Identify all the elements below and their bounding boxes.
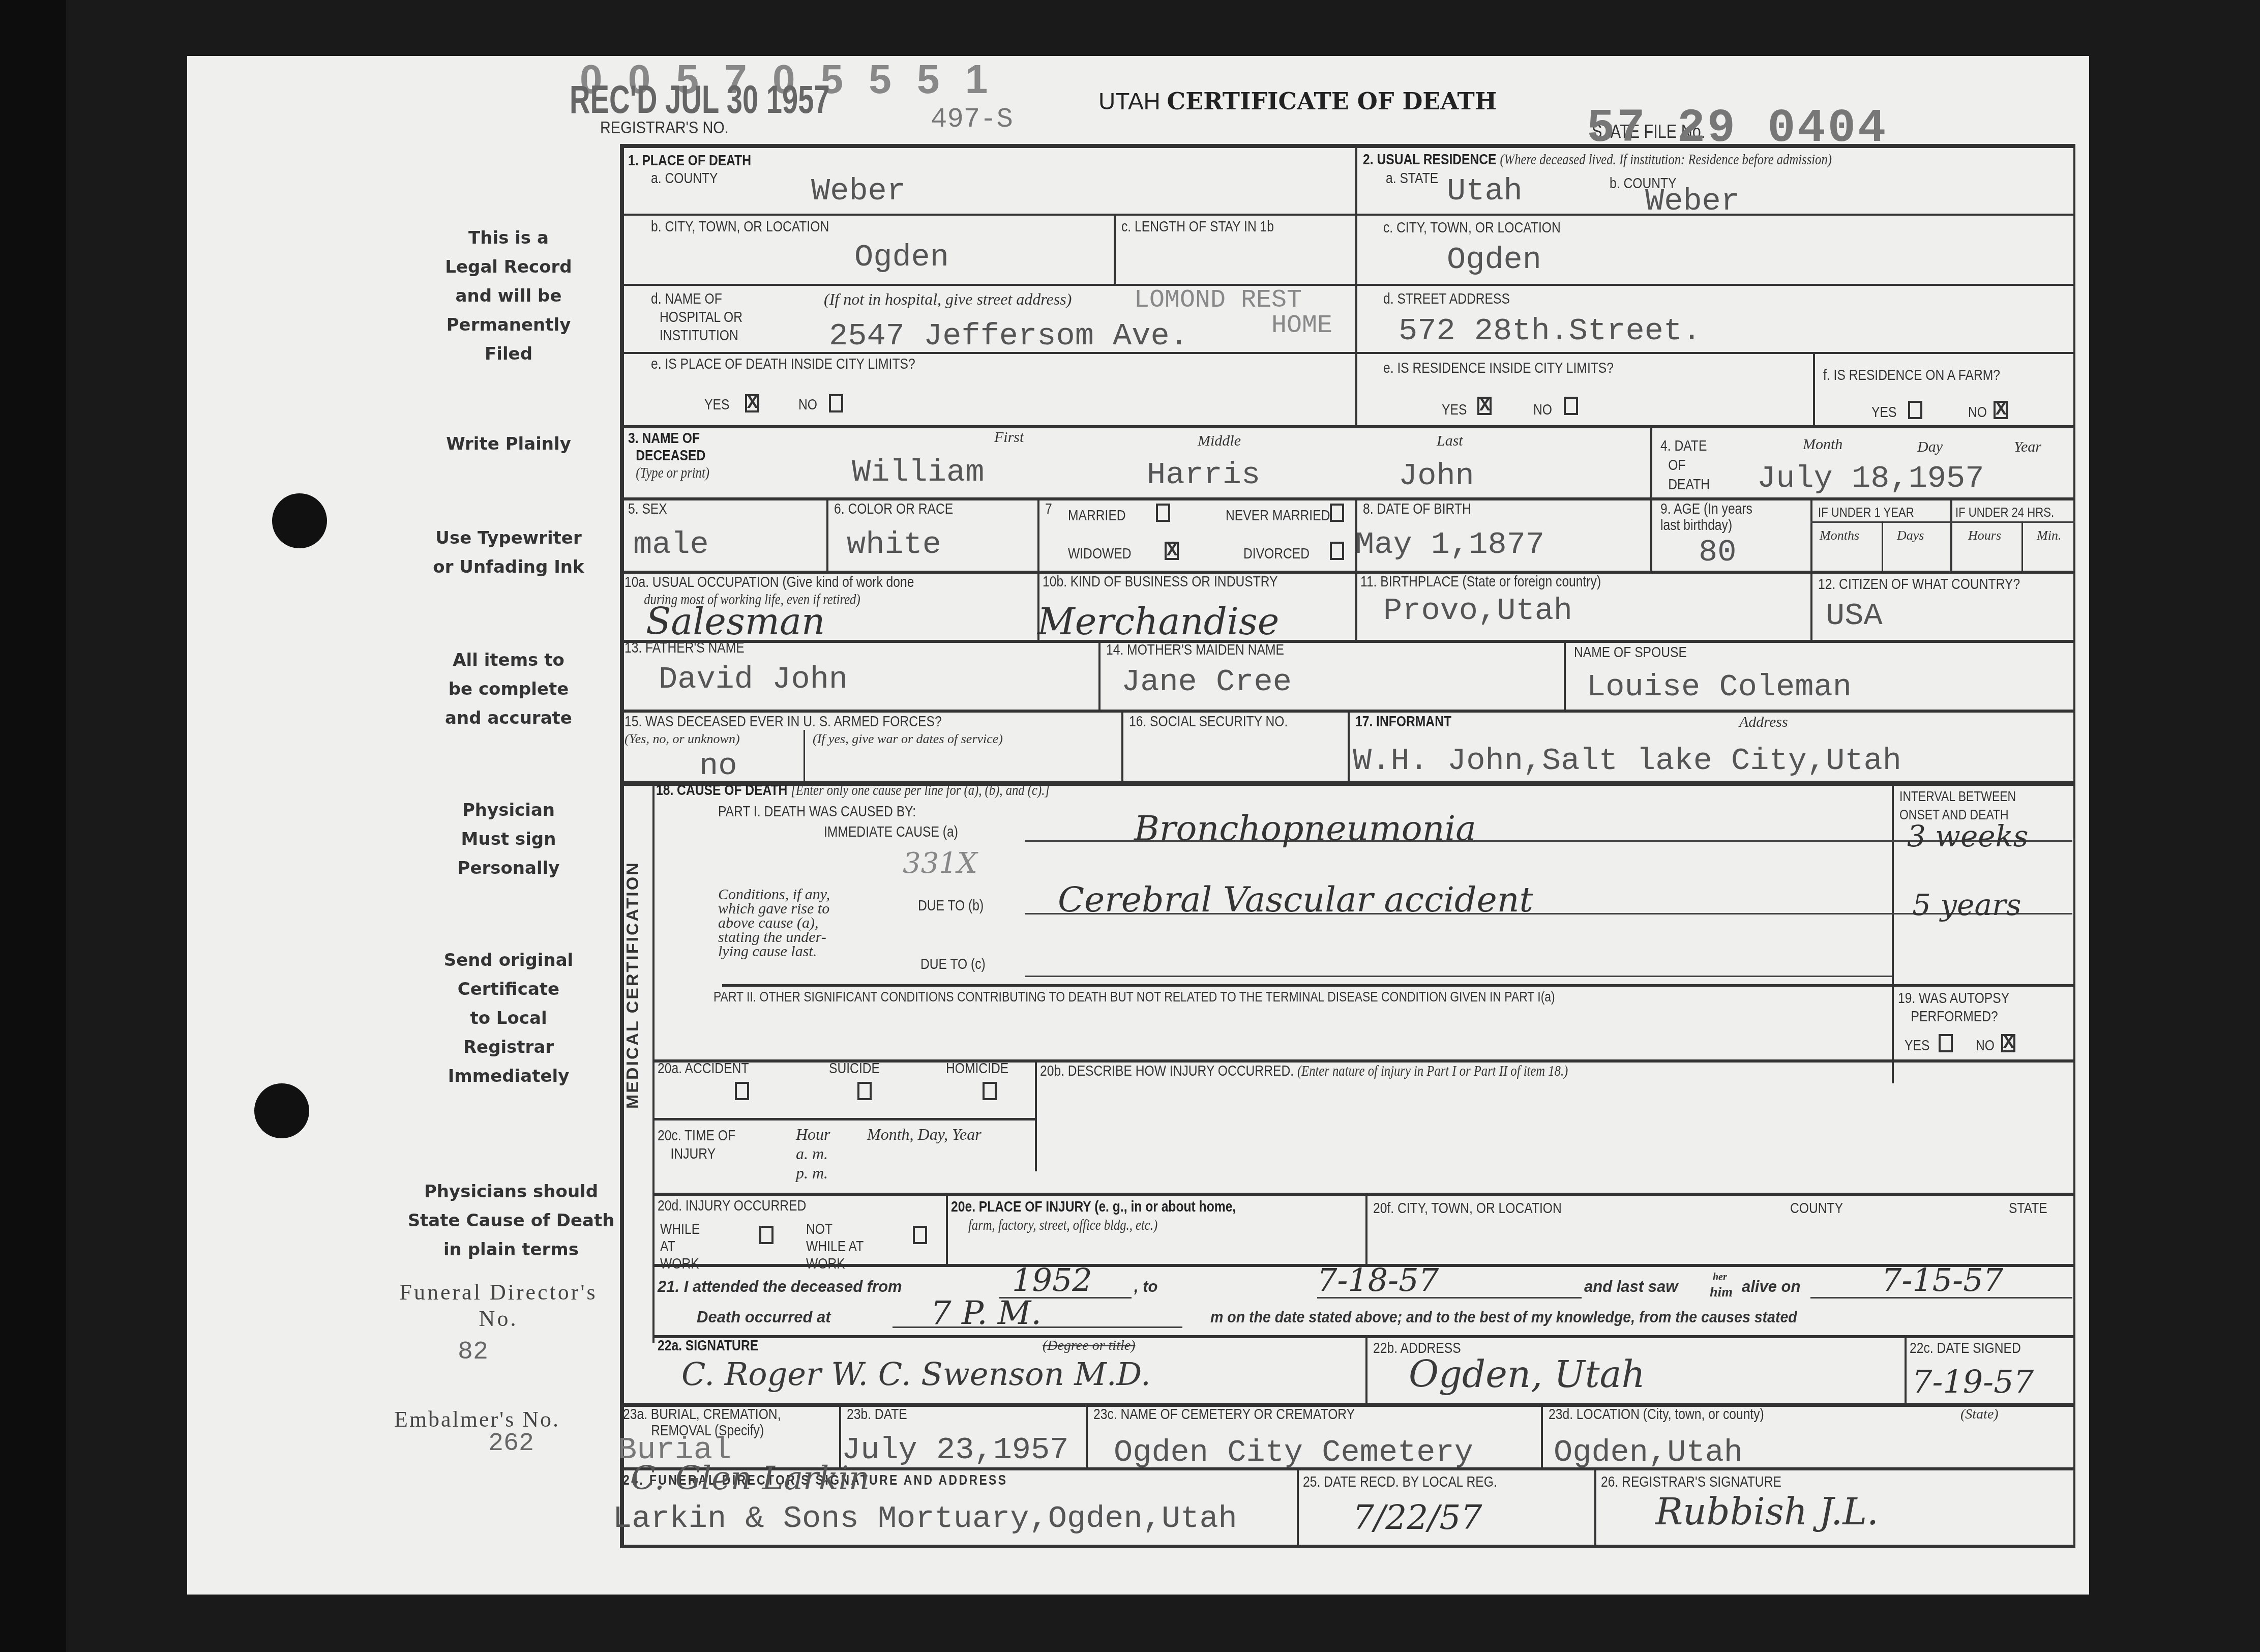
immediate-cause: Bronchopneumonia (1134, 809, 1476, 849)
alive-on-label: alive on (1742, 1278, 1800, 1296)
hospital-name-line2: HOME (1271, 311, 1332, 340)
due-to-c-label: DUE TO (c) (920, 956, 986, 973)
burial-state-label: (State) (1960, 1406, 1999, 1423)
days-label: Days (1897, 528, 1924, 543)
funeral-director-signature: C. Glen Larkin (631, 1460, 870, 1497)
interval-a: 3 weeks (1907, 819, 2029, 853)
divider-24-25 (1297, 1470, 1299, 1546)
pm-label: p. m. (796, 1164, 828, 1183)
day-label: Day (1917, 438, 1943, 456)
armed-forces-hint-2: (If yes, give war or dates of service) (813, 731, 1003, 747)
divider-22a-22b (1365, 1335, 1367, 1404)
divorced-checkbox[interactable] (1330, 542, 1344, 560)
death-inside-city-yes-label: YES (704, 397, 729, 414)
accident-label: 20a. ACCIDENT (658, 1060, 749, 1077)
birthplace-label: 11. BIRTHPLACE (State or foreign country… (1360, 574, 1601, 591)
funeral-director-address: Larkin & Sons Mortuary,Ogden,Utah (613, 1500, 1237, 1537)
margin-note-write-plainly: Write Plainly (397, 430, 620, 459)
divorced-label: DIVORCED (1243, 546, 1310, 563)
divider-interval (1892, 783, 1894, 1083)
last-name-label: Last (1437, 432, 1463, 450)
widowed-checkbox[interactable]: X (1165, 542, 1179, 560)
divider-2e-2f (1813, 352, 1815, 426)
farm-no-label: NO (1968, 404, 1987, 421)
first-name: William (852, 454, 984, 490)
residence-street-label: d. STREET ADDRESS (1383, 291, 1510, 308)
death-county: Weber (811, 173, 906, 209)
informant-label: 17. INFORMANT (1355, 714, 1451, 730)
last-saw-label: and last saw (1584, 1278, 1678, 1296)
margin-note-physician-sign: PhysicianMust signPersonally (397, 796, 620, 883)
row-3 (620, 497, 2075, 500)
death-inside-city-no-checkbox[interactable] (829, 394, 843, 412)
physician-signature: C. Roger W. C. Swenson M.D. (681, 1355, 1151, 1393)
punch-hole-top (272, 493, 327, 548)
date-recd-label: 25. DATE RECD. BY LOCAL REG. (1303, 1474, 1497, 1491)
married-checkbox[interactable] (1156, 504, 1170, 522)
county-label: a. COUNTY (651, 170, 718, 187)
accident-checkbox[interactable] (735, 1082, 749, 1100)
medical-cert-border (652, 783, 655, 1343)
divider-1b-1c (1114, 214, 1116, 285)
row-10 (620, 640, 2075, 643)
farm-yes-label: YES (1871, 404, 1896, 421)
length-of-stay-label: c. LENGTH OF STAY IN 1b (1121, 219, 1274, 235)
autopsy-label: 19. WAS AUTOPSYPERFORMED? (1898, 989, 2009, 1026)
injury-state-label: STATE (2009, 1200, 2047, 1217)
never-married-label: NEVER MARRIED (1226, 508, 1330, 524)
attended-label: 21. I attended the deceased from (658, 1278, 902, 1296)
divider-16-17 (1348, 710, 1350, 783)
ssn-label: 16. SOCIAL SECURITY NO. (1129, 714, 1288, 730)
title-text: CERTIFICATE OF DEATH (1167, 87, 1497, 115)
conditions-label: Conditions, if any,which gave rise toabo… (718, 888, 830, 959)
farm-label: f. IS RESIDENCE ON A FARM? (1823, 367, 2000, 384)
divider-6-7 (1037, 497, 1039, 571)
spouse-name: Louise Coleman (1587, 669, 1852, 705)
registrar-signature: Rubbish J.L. (1655, 1490, 1879, 1533)
mother-name: Jane Cree (1121, 664, 1292, 700)
death-inside-city-yes-checkbox[interactable]: X (745, 394, 759, 412)
registrar-no-label: REGISTRAR'S NO. (600, 118, 729, 138)
residence-state: Utah (1447, 173, 1523, 209)
burial-location-label: 23d. LOCATION (City, town, or county) (1549, 1406, 1764, 1423)
burial-date-label: 23b. DATE (847, 1406, 907, 1423)
place-of-death-label: 1. PLACE OF DEATH (628, 153, 751, 169)
am-label: a. m. (796, 1144, 828, 1163)
embalmer-no: 262 (488, 1429, 534, 1458)
occupation: Salesman (646, 600, 825, 643)
autopsy-yes-label: YES (1905, 1038, 1929, 1054)
age-label: 9. AGE (In years last birthday) (1660, 501, 1760, 534)
margin-note-legal-record: This is aLegal Recordand will bePermanen… (397, 224, 620, 369)
divider-13-14 (1098, 640, 1101, 711)
funeral-director-no: 82 (458, 1338, 488, 1367)
informant: W.H. John,Salt lake City,Utah (1353, 743, 1901, 779)
armed-forces: no (699, 748, 737, 784)
month-label: Month (1803, 436, 1842, 453)
row-1b (620, 284, 2075, 286)
widowed-label: WIDOWED (1068, 546, 1132, 563)
divider-15-yes (804, 730, 805, 783)
hours-label: Hours (1968, 528, 2001, 543)
death-inside-city-label: e. IS PLACE OF DEATH INSIDE CITY LIMITS? (651, 356, 915, 373)
middle-name: Harris (1147, 457, 1260, 493)
armed-forces-label: 15. WAS DECEASED EVER IN U. S. ARMED FOR… (625, 714, 942, 730)
race-label: 6. COLOR OR RACE (834, 501, 953, 518)
row-21 (652, 1335, 2074, 1338)
margin-note-complete: All items tobe completeand accurate (397, 646, 620, 733)
date-of-death-label: 4. DATEOFDEATH (1660, 436, 1710, 494)
residence-street: 572 28th.Street. (1399, 313, 1701, 349)
time-of-injury-label: 20c. TIME OFINJURY (658, 1127, 735, 1163)
residence-inside-city-no-label: NO (1533, 402, 1552, 419)
armed-forces-hint-1: (Yes, no, or unknown) (625, 731, 740, 747)
residence-inside-city-label: e. IS RESIDENCE INSIDE CITY LIMITS? (1383, 360, 1614, 377)
row-20a (652, 1118, 1035, 1120)
injury-city-label: 20f. CITY, TOWN, OR LOCATION (1373, 1200, 1562, 1217)
year-label: Year (2014, 438, 2041, 456)
divider-11-12 (1810, 571, 1812, 642)
scanner-edge (0, 0, 66, 1652)
deceased-name-label: 3. NAME OFDECEASED(Type or print) (628, 430, 709, 482)
hospital-label: d. NAME OFHOSPITAL ORINSTITUTION (651, 290, 742, 345)
birthplace: Provo,Utah (1383, 593, 1572, 629)
divider-14-spouse (1564, 640, 1566, 711)
line-due-to-c (1025, 976, 1892, 977)
attended-from: 1952 (1012, 1261, 1092, 1299)
to-label: , to (1134, 1278, 1158, 1296)
first-name-label: First (994, 429, 1024, 446)
under-1-year-label: IF UNDER 1 YEAR (1818, 505, 1914, 520)
row-1e (620, 425, 2075, 428)
months-label: Months (1820, 528, 1859, 543)
last-name: John (1399, 458, 1474, 494)
date-signed: 7-19-57 (1912, 1363, 2034, 1400)
autopsy-no-label: NO (1976, 1038, 1995, 1054)
injury-occurred-label: 20d. INJURY OCCURRED (658, 1198, 806, 1215)
not-while-at-work-label: NOT WHILE AT WORK (806, 1221, 867, 1273)
received-stamp: REC'D JUL 30 1957 (570, 76, 830, 123)
margin-note-plain-terms: Physicians shouldState Cause of Deathin … (392, 1177, 631, 1264)
residence-city: Ogden (1447, 242, 1541, 278)
divider-22b-22c (1905, 1335, 1907, 1404)
physician-address: Ogden, Utah (1409, 1353, 1645, 1396)
age: 80 (1699, 534, 1736, 570)
divider-25-26 (1594, 1470, 1596, 1546)
cemetery: Ogden City Cemetery (1114, 1434, 1473, 1470)
while-at-work-checkbox[interactable] (759, 1226, 774, 1244)
divider-20a-20b (1035, 1059, 1037, 1171)
residence-state-label: a. STATE (1386, 170, 1438, 187)
death-occurred-label: Death occurred at (697, 1308, 831, 1326)
cause-of-death-label: 18. CAUSE OF DEATH [Enter only one cause… (656, 782, 1050, 799)
divider-hours-min (2021, 521, 2023, 572)
autopsy-no-checkbox[interactable]: X (2001, 1034, 2015, 1052)
residence-inside-city-yes-checkbox[interactable]: X (1477, 397, 1492, 415)
spouse-label: NAME OF SPOUSE (1574, 644, 1687, 661)
residence-county: Weber (1645, 183, 1740, 219)
margin-note-send-original: Send originalCertificateto LocalRegistra… (397, 946, 620, 1091)
date-signed-label: 22c. DATE SIGNED (1910, 1340, 2021, 1357)
attendance-statement: m on the date stated above; and to the b… (1210, 1308, 1797, 1326)
divider-months-days (1882, 521, 1883, 572)
hour-label: Hour (796, 1125, 830, 1144)
divider-23a-23b (839, 1405, 841, 1468)
citizen-label: 12. CITIZEN OF WHAT COUNTRY? (1818, 576, 2020, 593)
her-label: her (1713, 1272, 1727, 1283)
injury-county-label: COUNTY (1790, 1200, 1843, 1217)
divider-20d-20e (946, 1193, 948, 1264)
autopsy-yes-checkbox[interactable] (1939, 1034, 1953, 1052)
suicide-label: SUICIDE (829, 1060, 880, 1077)
hospital-address: 2547 Jeffersom Ave. (829, 318, 1188, 354)
interval-b: 5 years (1912, 888, 2021, 922)
father-name: David John (659, 661, 848, 697)
row-20c (652, 1193, 2074, 1196)
margin-note-typewriter: Use Typewriteror Unfading Ink (397, 524, 620, 582)
divider-10b-11 (1355, 571, 1357, 642)
divider-9-under1 (1810, 497, 1812, 571)
suicide-checkbox[interactable] (857, 1082, 872, 1100)
father-label: 13. FATHER'S NAME (625, 640, 745, 657)
him-label: him (1710, 1284, 1733, 1301)
date-of-birth: May 1,1877 (1355, 526, 1544, 563)
homicide-checkbox[interactable] (983, 1082, 997, 1100)
informant-address-label: Address (1739, 714, 1788, 731)
residence-inside-city-yes-label: YES (1442, 402, 1467, 419)
due-to-b: Cerebral Vascular accident (1058, 880, 1533, 920)
medical-certification-label: MEDICAL CERTIFICATION (623, 861, 643, 1109)
cemetery-label: 23c. NAME OF CEMETERY OR CREMATORY (1093, 1406, 1355, 1423)
divider-20e-20f (1365, 1193, 1367, 1264)
residence-city-label: c. CITY, TOWN, OR LOCATION (1383, 220, 1561, 237)
signature-label: 22a. SIGNATURE (658, 1338, 758, 1354)
row-1a (620, 214, 2075, 216)
row-under-headers (1810, 521, 2075, 523)
sex-label: 5. SEX (628, 501, 667, 518)
death-at: 7 P. M. (931, 1294, 1042, 1332)
funeral-director-label: Funeral Director's No. (392, 1279, 605, 1332)
form-left-border (620, 144, 624, 1547)
part1-label: PART I. DEATH WAS CAUSED BY: (718, 804, 916, 820)
alive-on: 7-15-57 (1882, 1261, 2003, 1299)
part2-label: PART II. OTHER SIGNIFICANT CONDITIONS CO… (713, 989, 1555, 1005)
middle-name-label: Middle (1198, 432, 1241, 450)
row-part1 (722, 984, 2075, 987)
not-while-at-work-checkbox[interactable] (913, 1226, 927, 1244)
farm-yes-checkbox[interactable] (1908, 401, 1922, 419)
business-label: 10b. KIND OF BUSINESS OR INDUSTRY (1043, 574, 1278, 591)
while-at-work-label: WHILE AT WORK (660, 1221, 712, 1273)
hospital-name: LOMOND REST (1134, 286, 1302, 315)
hospital-hint: (If not in hospital, give street address… (824, 290, 1072, 309)
due-to-b-label: DUE TO (b) (918, 898, 984, 914)
never-married-checkbox[interactable] (1330, 504, 1344, 522)
immediate-cause-label: IMMEDIATE CAUSE (a) (824, 824, 958, 841)
farm-no-checkbox[interactable]: X (1994, 401, 2008, 419)
burial-location: Ogden,Utah (1554, 1434, 1743, 1470)
place-of-injury-label: 20e. PLACE OF INJURY (e. g., in or about… (951, 1198, 1236, 1234)
min-label: Min. (2037, 528, 2061, 543)
embalmer-label: Embalmer's No. (394, 1406, 560, 1432)
certificate-title: UTAH CERTIFICATE OF DEATH (1098, 87, 1497, 115)
attended-to: 7-18-57 (1317, 1261, 1439, 1299)
form-bottom-border (620, 1545, 2075, 1548)
residence-inside-city-no-checkbox[interactable] (1564, 397, 1578, 415)
dob-label: 8. DATE OF BIRTH (1363, 501, 1471, 518)
mother-label: 14. MOTHER'S MAIDEN NAME (1106, 642, 1284, 659)
citizen: USA (1826, 598, 1883, 634)
sex: male (633, 526, 709, 563)
cause-code: 331X (903, 847, 977, 880)
describe-injury-label: 20b. DESCRIBE HOW INJURY OCCURRED. (Ente… (1040, 1063, 1568, 1080)
date-of-death: July 18,1957 (1757, 460, 1984, 496)
death-city: Ogden (854, 239, 949, 275)
divider-5-6 (826, 497, 828, 571)
date-recd: 7/22/57 (1353, 1498, 1482, 1537)
married-label: MARRIED (1068, 508, 1126, 524)
usual-residence-label: 2. USUAL RESIDENCE (Where deceased lived… (1363, 152, 1832, 168)
burial-date: July 23,1957 (842, 1432, 1068, 1468)
business: Merchandise (1037, 600, 1279, 643)
registrar-signature-label: 26. REGISTRAR'S SIGNATURE (1601, 1474, 1781, 1491)
marital-num: 7 (1045, 501, 1052, 518)
under-24-hrs-label: IF UNDER 24 HRS. (1955, 505, 2054, 520)
title-state: UTAH (1098, 88, 1161, 114)
race: white (847, 526, 941, 563)
divider-under1-under24 (1950, 497, 1952, 571)
divider-23c-23d (1541, 1405, 1543, 1468)
divider-23b-23c (1086, 1405, 1088, 1468)
city-label: b. CITY, TOWN, OR LOCATION (651, 219, 829, 235)
degree-label: (Degree or title) (1043, 1338, 1135, 1354)
form-top-border (620, 144, 2075, 148)
mdy-label: Month, Day, Year (867, 1125, 982, 1144)
registrar-no: 497-S (931, 104, 1013, 135)
death-inside-city-no-label: NO (798, 397, 817, 414)
punch-hole-bottom (254, 1083, 309, 1138)
divider-15-16 (1121, 710, 1123, 783)
homicide-label: HOMICIDE (946, 1060, 1008, 1077)
